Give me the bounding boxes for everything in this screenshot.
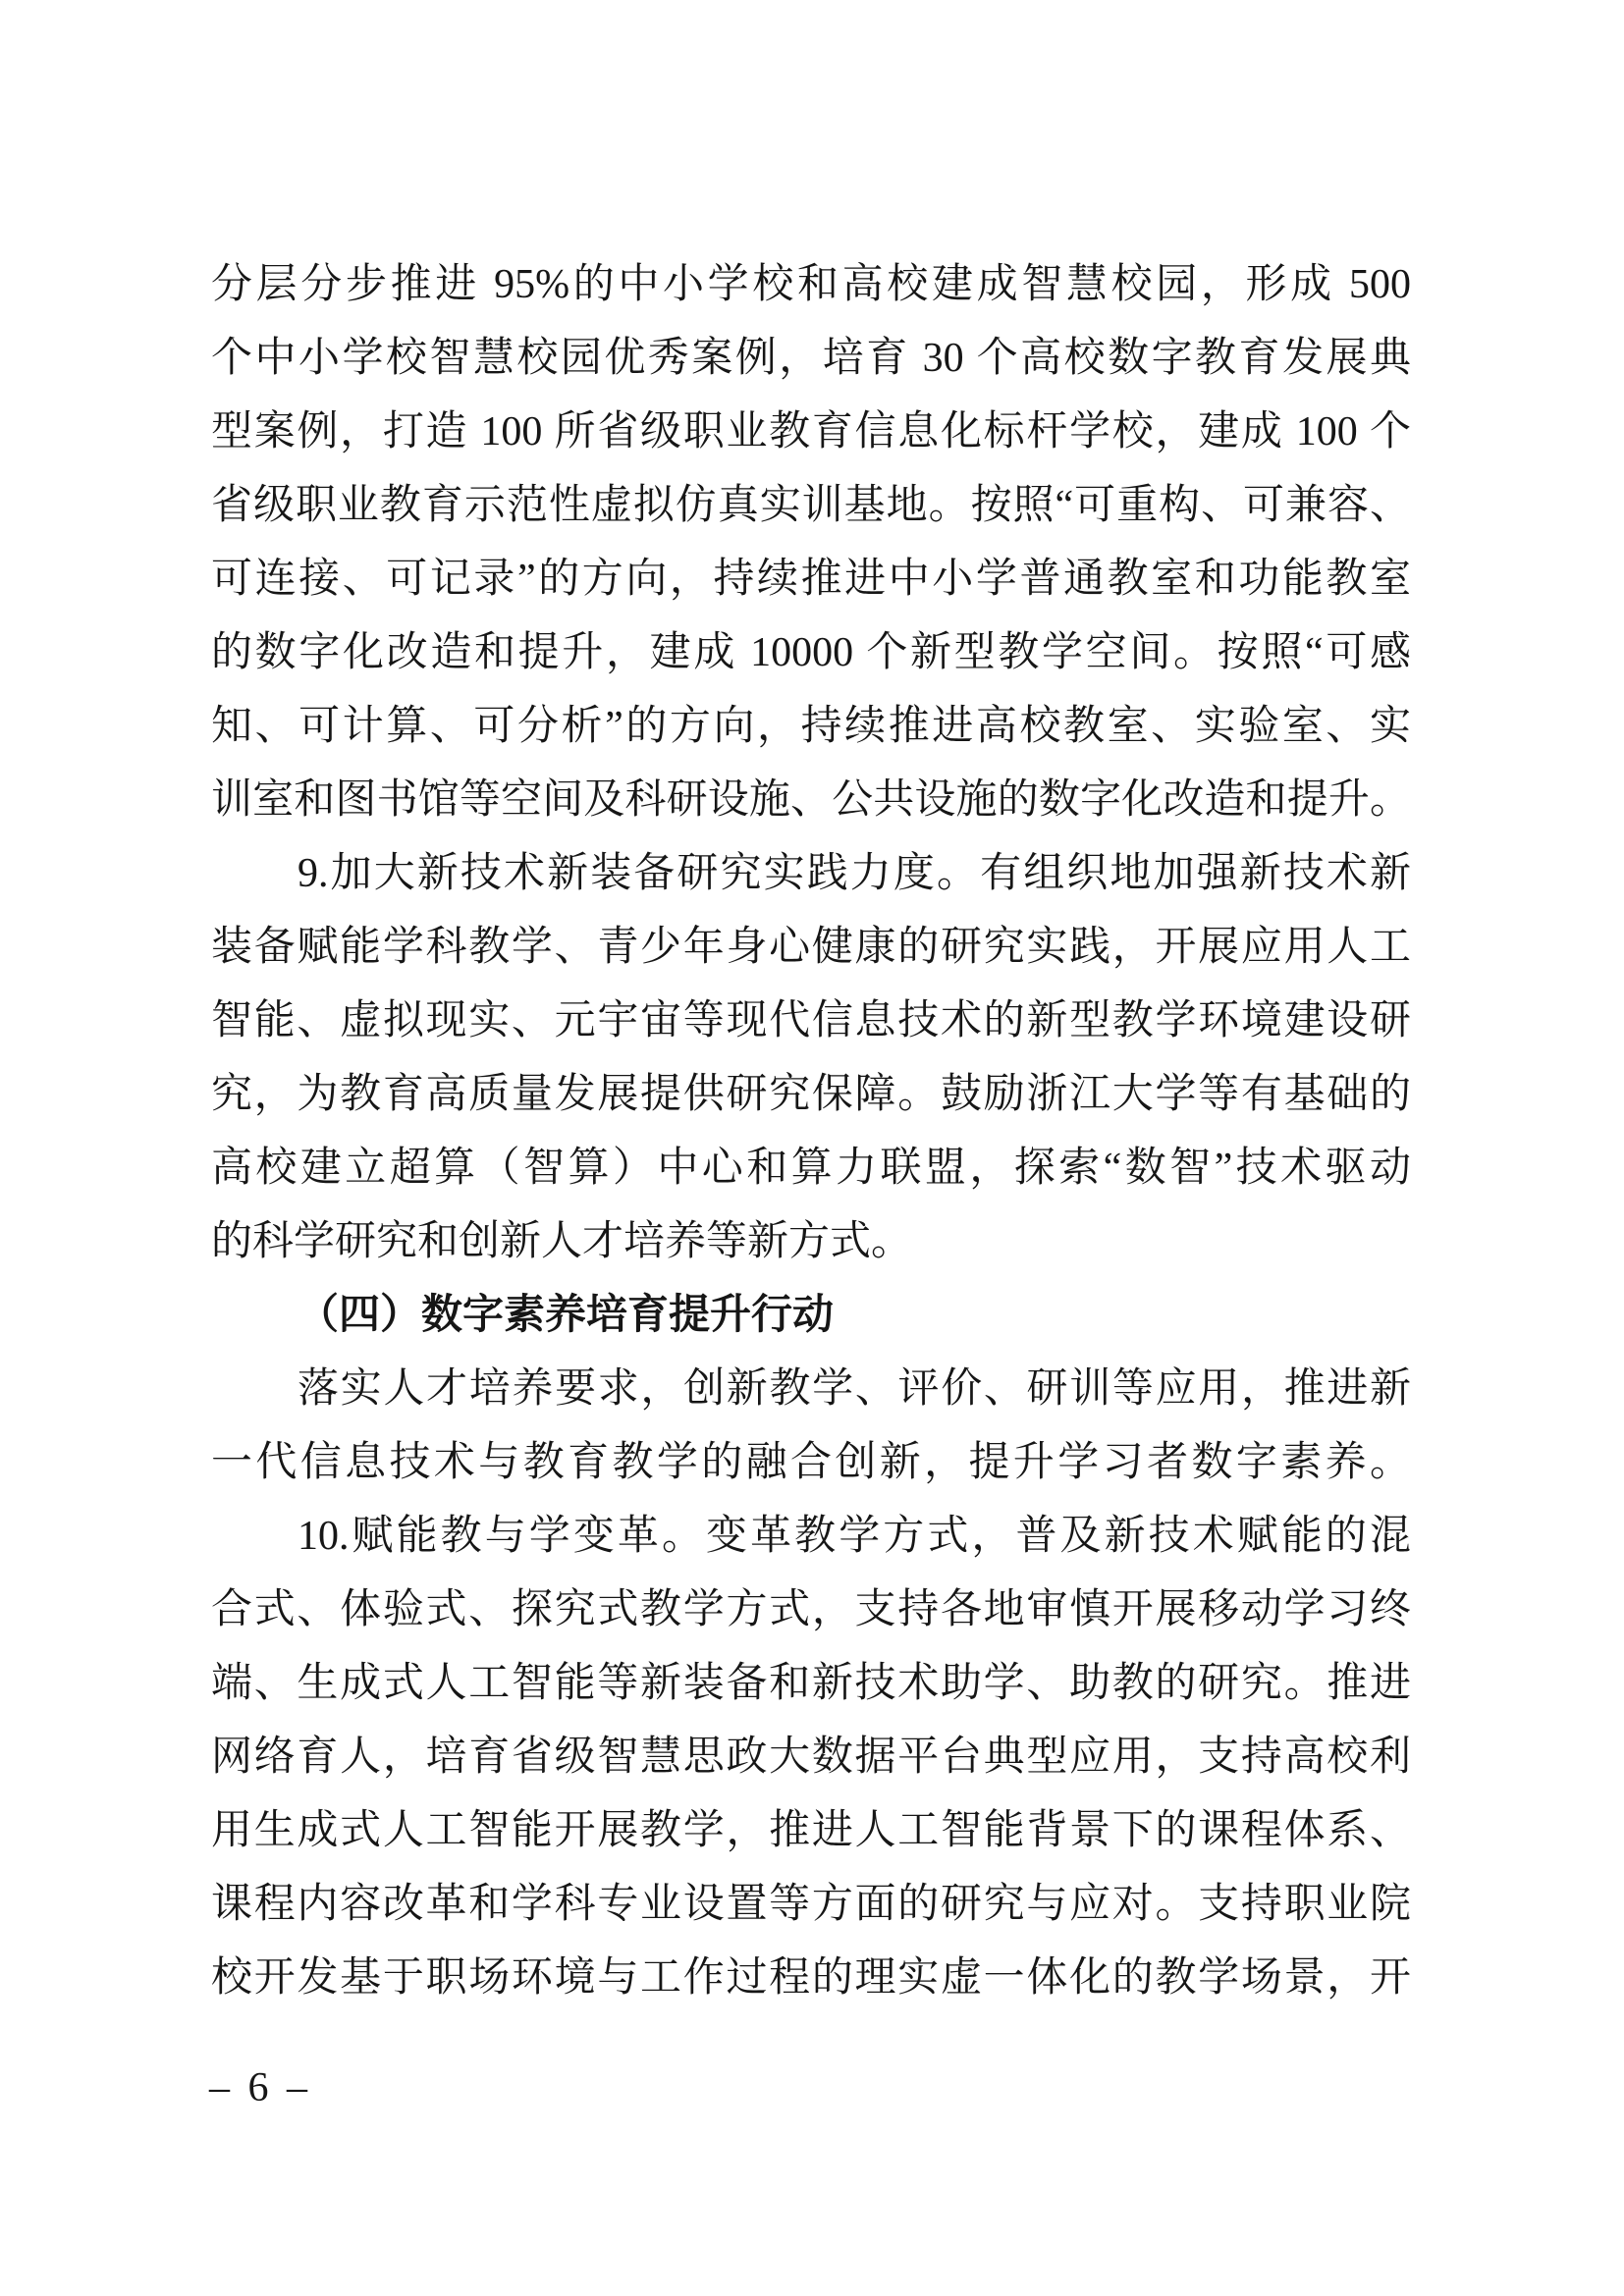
text-line: 智能、虚拟现实、元宇宙等现代信息技术的新型教学环境建设研 [211,985,1411,1058]
text-line: 个中小学校智慧校园优秀案例，培育 30 个高校数字教育发展典 [211,322,1411,396]
text-line: 装备赋能学科教学、青少年身心健康的研究实践，开展应用人工 [211,911,1411,985]
text-line: 的数字化改造和提升，建成 10000 个新型教学空间。按照“可感 [211,616,1411,690]
text-line: 究，为教育高质量发展提供研究保障。鼓励浙江大学等有基础的 [211,1058,1411,1132]
text-line: 网络育人，培育省级智慧思政大数据平台典型应用，支持高校利 [211,1721,1411,1794]
text-line: 校开发基于职场环境与工作过程的理实虚一体化的教学场景，开 [211,1942,1411,2015]
text-line: 用生成式人工智能开展教学，推进人工智能背景下的课程体系、 [211,1794,1411,1868]
text-line: 10.赋能教与学变革。变革教学方式，普及新技术赋能的混 [211,1500,1411,1574]
text-line: 型案例，打造 100 所省级职业教育信息化标杆学校，建成 100 个 [211,396,1411,469]
text-line: 课程内容改革和学科专业设置等方面的研究与应对。支持职业院 [211,1868,1411,1942]
text-line: 高校建立超算（智算）中心和算力联盟，探索“数智”技术驱动 [211,1132,1411,1205]
text-line: 落实人才培养要求，创新教学、评价、研训等应用，推进新 [211,1353,1411,1426]
text-block: 分层分步推进 95%的中小学校和高校建成智慧校园，形成 500个中小学校智慧校园… [211,248,1411,2015]
text-line: 的科学研究和创新人才培养等新方式。 [211,1205,1411,1279]
text-line: 一代信息技术与教育教学的融合创新，提升学习者数字素养。 [211,1426,1411,1500]
text-line: 分层分步推进 95%的中小学校和高校建成智慧校园，形成 500 [211,248,1411,322]
text-line: 知、可计算、可分析”的方向，持续推进高校教室、实验室、实 [211,690,1411,764]
text-line: 9.加大新技术新装备研究实践力度。有组织地加强新技术新 [211,837,1411,911]
text-line: 训室和图书馆等空间及科研设施、公共设施的数字化改造和提升。 [211,764,1411,837]
text-line: 端、生成式人工智能等新装备和新技术助学、助教的研究。推进 [211,1647,1411,1721]
section-heading: （四）数字素养培育提升行动 [211,1279,1411,1353]
text-line: 合式、体验式、探究式教学方式，支持各地审慎开展移动学习终 [211,1574,1411,1647]
text-line: 省级职业教育示范性虚拟仿真实训基地。按照“可重构、可兼容、 [211,469,1411,543]
page-number: – 6 – [209,2061,311,2114]
document-page: 分层分步推进 95%的中小学校和高校建成智慧校园，形成 500个中小学校智慧校园… [0,0,1624,2296]
text-line: 可连接、可记录”的方向，持续推进中小学普通教室和功能教室 [211,543,1411,616]
